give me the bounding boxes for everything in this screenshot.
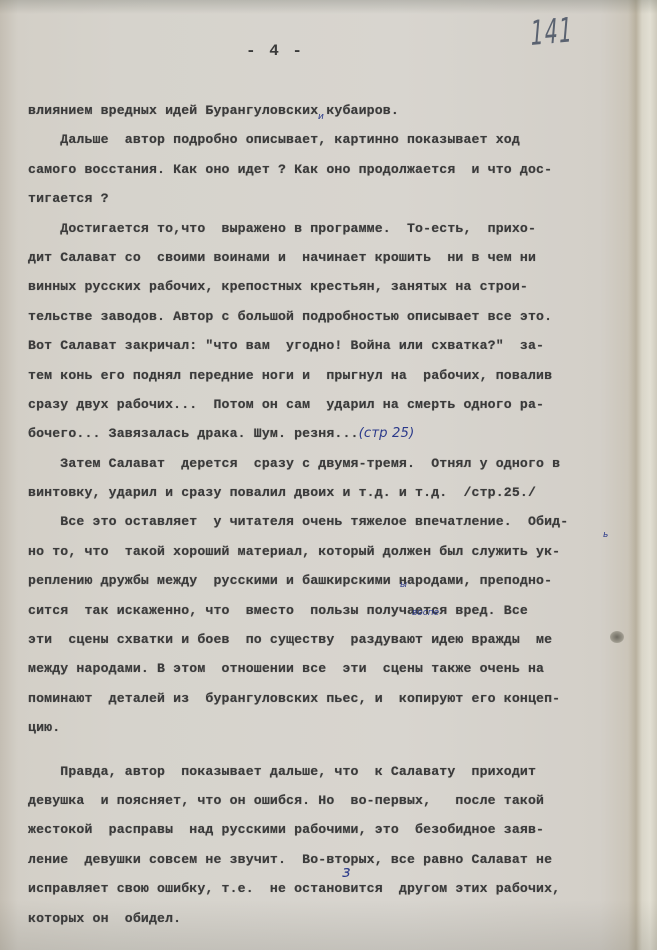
page-number: - 4 - [245, 42, 305, 60]
text-line: тельстве заводов. Автор с большой подроб… [28, 302, 640, 331]
text-line: винтовку, ударил и сразу повалил двоих и… [28, 478, 640, 507]
handwritten-page-reference: (стр 25) [359, 426, 415, 441]
text-line: поминают деталей из бурангуловских пьес,… [28, 684, 640, 713]
text-line: Достигается то,что выражено в программе.… [28, 214, 640, 243]
text-line: Дальше автор подробно описывает, картинн… [28, 125, 640, 154]
text-line: Затем Салават дерется сразу с двумя-трем… [28, 449, 640, 478]
text-line: между народами. В этом отношении все эти… [28, 654, 640, 683]
handwritten-insert-i: и [318, 112, 324, 122]
document-page: - 4 - 141 влиянием вредных идей Бурангул… [0, 0, 657, 950]
handwritten-correction-z: з [342, 862, 351, 881]
text-line: сится так искаженно, что вместо пользы п… [28, 596, 640, 625]
handwritten-insert-soft-sign: ь [603, 530, 608, 540]
typewritten-body: влиянием вредных идей Бурангуловских куб… [28, 96, 640, 933]
text-line: бочего... Завязалась драка. Шум. резня..… [28, 419, 640, 448]
text-line: исправляет свою ошибку, т.е. не останови… [28, 874, 640, 903]
text-line: Правда, автор показывает дальше, что к С… [28, 757, 640, 786]
text-line: ление девушки совсем не звучит. Во-вторы… [28, 845, 640, 874]
text-line: цию. [28, 713, 640, 742]
text-line-content: бочего... Завязалась драка. Шум. резня..… [28, 426, 359, 441]
text-line: которых он обидел. [28, 904, 640, 933]
text-line: Все это оставляет у читателя очень тяжел… [28, 507, 640, 536]
text-line: влиянием вредных идей Бурангуловских куб… [28, 96, 640, 125]
text-line: самого восстания. Как оно идет ? Как оно… [28, 155, 640, 184]
handwritten-insert-y: ы [400, 580, 407, 590]
text-line: винных русских рабочих, крепостных крест… [28, 272, 640, 301]
text-line: эти сцены схватки и боев по существу раз… [28, 625, 640, 654]
text-line: сразу двух рабочих... Потом он сам удари… [28, 390, 640, 419]
text-line: тем конь его поднял передние ноги и прыг… [28, 361, 640, 390]
text-line: девушка и поясняет, что он ошибся. Но во… [28, 786, 640, 815]
text-line: реплению дружбы между русскими и башкирс… [28, 566, 640, 595]
text-line: дит Салават со своими воинами и начинает… [28, 243, 640, 272]
text-line: тигается ? [28, 184, 640, 213]
text-line: Вот Салават закричал: "что вам угодно! В… [28, 331, 640, 360]
archive-folio-number: 141 [530, 10, 574, 54]
handwritten-insert-correction: воспе [412, 608, 439, 618]
paragraph-gap [28, 743, 640, 757]
text-line: жестокой расправы над русскими рабочими,… [28, 815, 640, 844]
paper-stain [610, 631, 624, 643]
text-line: но то, что такой хороший материал, котор… [28, 537, 640, 566]
